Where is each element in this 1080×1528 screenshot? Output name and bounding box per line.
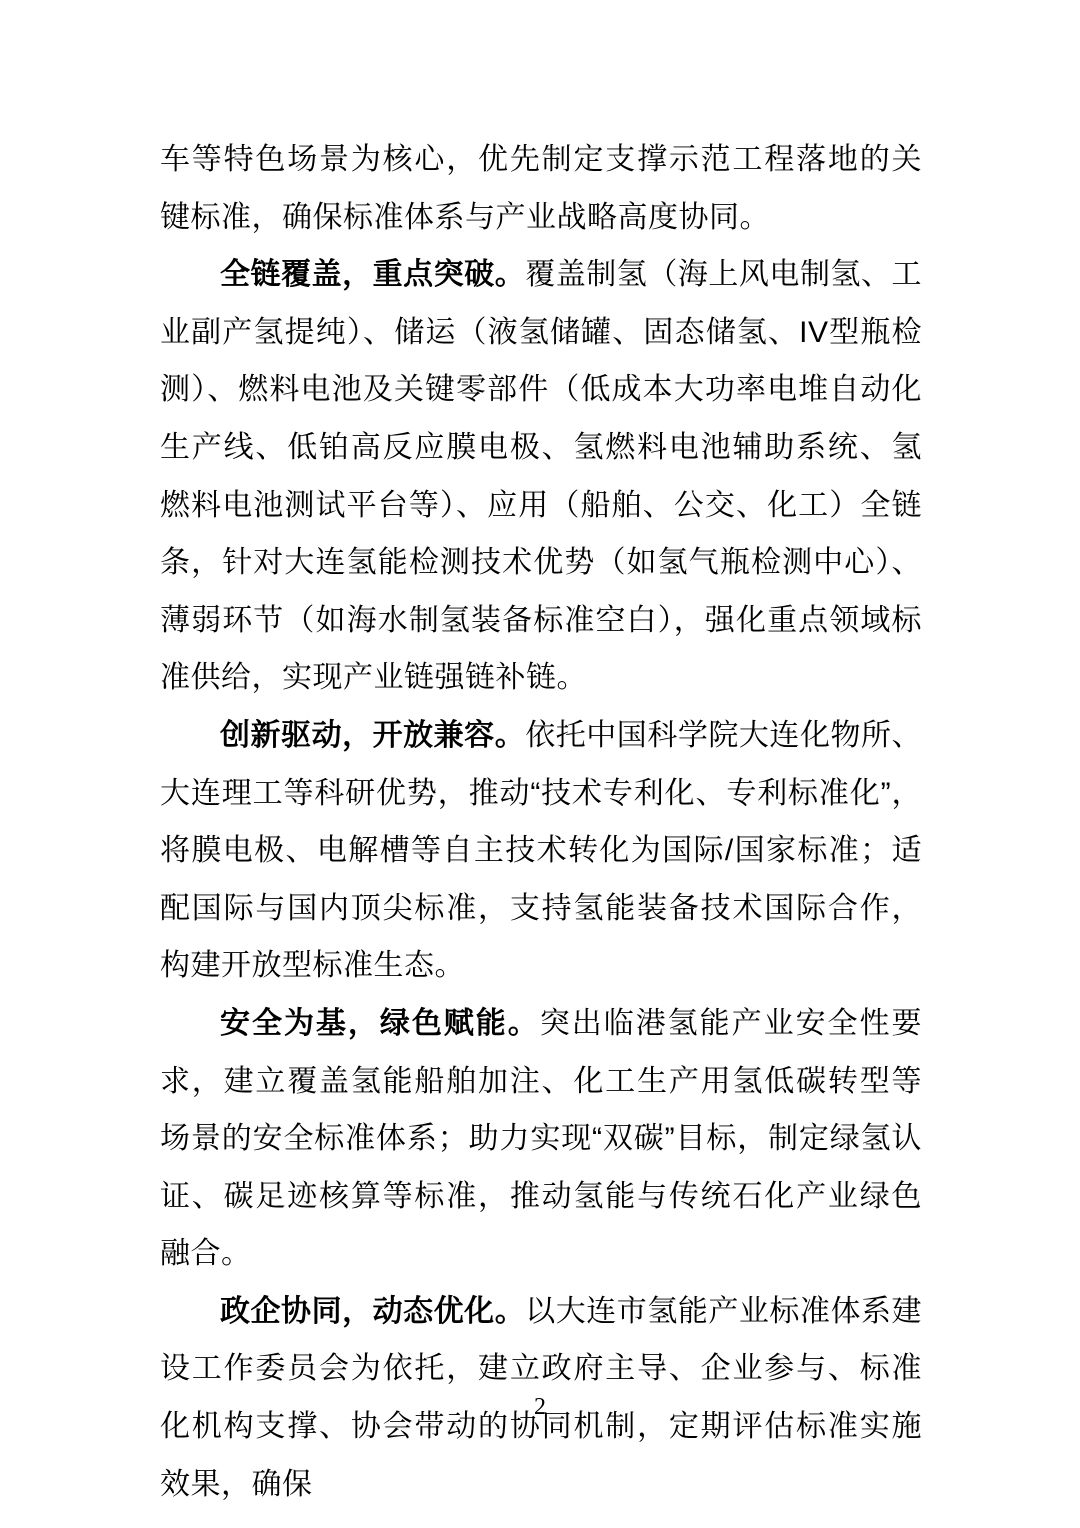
paragraph-innovation-driven: 创新驱动，开放兼容。依托中国科学院大连化物所、大连理工等科研优势，推动“技术专利…	[160, 707, 922, 995]
paragraph-lead: 创新驱动，开放兼容。	[220, 719, 525, 752]
paragraph-continuation: 车等特色场景为核心，优先制定支撑示范工程落地的关键标准，确保标准体系与产业战略高…	[160, 131, 922, 246]
document-body: 车等特色场景为核心，优先制定支撑示范工程落地的关键标准，确保标准体系与产业战略高…	[160, 131, 922, 1513]
paragraph-lead: 安全为基，绿色赋能。	[220, 1007, 540, 1040]
page-number: 2	[0, 1392, 1080, 1422]
paragraph-text: 依托中国科学院大连化物所、大连理工等科研优势，推动“技术专利化、专利标准化”，将…	[160, 719, 922, 982]
paragraph-safety-based: 安全为基，绿色赋能。突出临港氢能产业安全性要求，建立覆盖氢能船舶加注、化工生产用…	[160, 995, 922, 1283]
document-page: 车等特色场景为核心，优先制定支撑示范工程落地的关键标准，确保标准体系与产业战略高…	[0, 0, 1080, 1528]
paragraph-full-chain-coverage: 全链覆盖，重点突破。覆盖制氢（海上风电制氢、工业副产氢提纯）、储运（液氢储罐、固…	[160, 246, 922, 707]
paragraph-text: 突出临港氢能产业安全性要求，建立覆盖氢能船舶加注、化工生产用氢低碳转型等场景的安…	[160, 1007, 922, 1270]
paragraph-lead: 全链覆盖，重点突破。	[220, 258, 525, 291]
paragraph-text: 覆盖制氢（海上风电制氢、工业副产氢提纯）、储运（液氢储罐、固态储氢、IV型瓶检测…	[160, 258, 922, 694]
paragraph-lead: 政企协同，动态优化。	[220, 1295, 525, 1328]
paragraph-text: 车等特色场景为核心，优先制定支撑示范工程落地的关键标准，确保标准体系与产业战略高…	[160, 143, 922, 234]
